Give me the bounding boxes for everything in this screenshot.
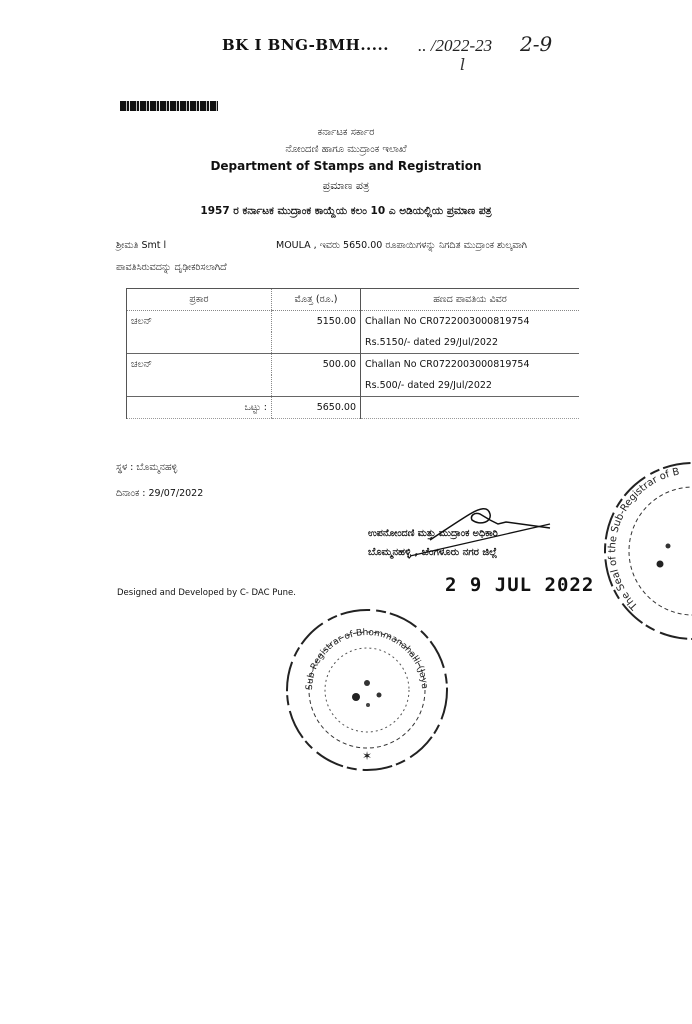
svg-text:✶: ✶ [362, 749, 372, 763]
signatory-title: ಉಪನೋಂದಣಿ ಮತ್ತು ಮುದ್ರಾಂಕ ಅಧಿಕಾರಿ [368, 528, 498, 539]
signatory-office: ಬೊಮ್ಮನಹಳ್ಳಿ , ಬೆಂಗಳೂರು ನಗರ ಜಿಲ್ಲೆ [368, 547, 497, 558]
table-row: ಚಲನ್ 5150.00 Challan No CR07220030008197… [127, 311, 580, 333]
handwritten-note: 2-9 [520, 32, 552, 56]
payment-type: ಚಲನ್ [127, 354, 272, 376]
statement-line-1: ಶ್ರೀಮತಿ Smt l MOULA , ಇವರು 5650.00 ರೂಪಾಯ… [116, 240, 166, 251]
payer-text: MOULA , ಇವರು 5650.00 ರೂಪಾಯಿಗಳನ್ನು ನಿಗದಿತ… [276, 240, 527, 251]
table-row: ಚಲನ್ 500.00 Challan No CR072200300081975… [127, 354, 580, 376]
seal-text-right: The Seal of the Sub-Registrar of B [607, 466, 680, 612]
payment-detail: Challan No CR0722003000819754 [361, 311, 580, 333]
department-kannada: ನೋಂದಣಿ ಹಾಗೂ ಮುದ್ರಾಂಕ ಇಲಾಖೆ [0, 144, 692, 155]
table-row: Rs.500/- dated 29/Jul/2022 [127, 375, 580, 397]
salutation: ಶ್ರೀಮತಿ Smt l [116, 240, 166, 251]
barcode [120, 101, 218, 111]
payment-detail: Rs.500/- dated 29/Jul/2022 [361, 375, 580, 397]
column-header-type: ಪ್ರಕಾರ [127, 289, 272, 311]
handwritten-mark: l [460, 55, 465, 74]
certificate-subtitle: 1957 ರ ಕರ್ನಾಟಕ ಮುದ್ರಾಂಕ ಕಾಯ್ದೆಯ ಕಲಂ 10 ಎ… [0, 205, 692, 218]
stamp-date: 2 9 JUL 2022 [445, 574, 594, 596]
column-header-details: ಹಣದ ಪಾವತಿಯ ವಿವರ [361, 289, 580, 311]
payment-table: ಪ್ರಕಾರ ಮೊತ್ತ (ರೂ.) ಹಣದ ಪಾವತಿಯ ವಿವರ ಚಲನ್ … [126, 288, 579, 419]
statement-line-2: ಪಾವತಿಸಿರುವದನ್ನು ದೃಢೀಕರಿಸಲಾಗಿದೆ [116, 262, 227, 273]
department-english: Department of Stamps and Registration [0, 159, 692, 173]
column-header-amount: ಮೊತ್ತ (ರೂ.) [272, 289, 361, 311]
payment-detail: Rs.5150/- dated 29/Jul/2022 [361, 332, 580, 354]
payment-detail: Challan No CR0722003000819754 [361, 354, 580, 376]
svg-text:The Seal of the Sub-Registrar: The Seal of the Sub-Registrar of B [607, 466, 680, 612]
total-row: ಒಟ್ಟು : 5650.00 [127, 397, 580, 419]
total-label: ಒಟ್ಟು : [127, 397, 272, 419]
total-amount: 5650.00 [272, 397, 361, 419]
government-heading: ಕರ್ನಾಟಕ ಸರ್ಕಾರ [0, 127, 692, 138]
payment-amount: 5150.00 [272, 311, 361, 333]
office-seal: Sub-Registrar of Bhommanahalli (Jayanaga… [282, 605, 452, 775]
payment-type: ಚಲನ್ [127, 311, 272, 333]
certificate-title: ಪ್ರಮಾಣ ಪತ್ರ [0, 179, 692, 193]
payment-amount: 500.00 [272, 354, 361, 376]
office-seal-partial: The Seal of the Sub-Registrar of B [598, 456, 692, 646]
reference-code: BK I BNG-BMH..... [222, 36, 389, 54]
certificate-date: ದಿನಾಂಕ : 29/07/2022 [116, 488, 203, 499]
table-row: Rs.5150/- dated 29/Jul/2022 [127, 332, 580, 354]
place: ಸ್ಥಳ : ಬೊಮ್ಮನಹಳ್ಳಿ [116, 462, 177, 473]
developer-credit: Designed and Developed by C- DAC Pune. [117, 588, 296, 598]
reference-year: .. /2022-23 [418, 36, 492, 56]
